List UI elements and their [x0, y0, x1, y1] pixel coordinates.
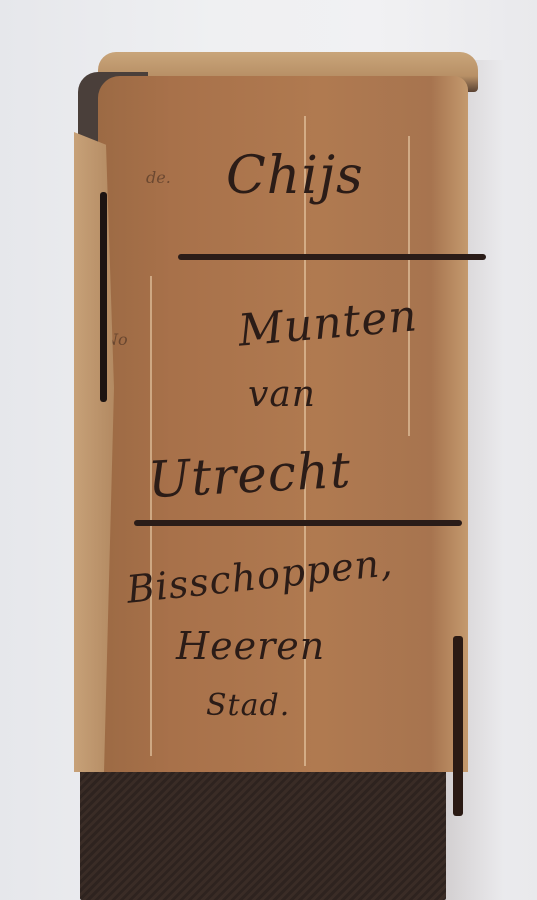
- label-tear-right: [453, 636, 463, 816]
- subtitle-line-1: Bisschoppen,: [124, 540, 395, 612]
- subtitle-line-3: Stad.: [206, 688, 290, 723]
- subtitle-line-2: Heeren: [176, 624, 325, 668]
- crease: [304, 116, 306, 766]
- title-line-2: van: [248, 374, 316, 415]
- author-name: Chijs: [226, 146, 364, 206]
- book-spine: Chijs de. No Munten van Utrecht Bisschop…: [72, 52, 480, 900]
- cloth-binding-bottom: [80, 770, 446, 900]
- label-tear-left: [100, 192, 107, 402]
- title-line-1: Munten: [236, 290, 420, 356]
- spine-label: Chijs de. No Munten van Utrecht Bisschop…: [98, 76, 468, 772]
- crease: [150, 276, 152, 756]
- title-line-3: Utrecht: [147, 441, 353, 510]
- divider-rule-bottom: [134, 520, 462, 526]
- crease: [408, 136, 410, 436]
- divider-rule-top: [178, 254, 486, 260]
- margin-note: de.: [146, 168, 171, 187]
